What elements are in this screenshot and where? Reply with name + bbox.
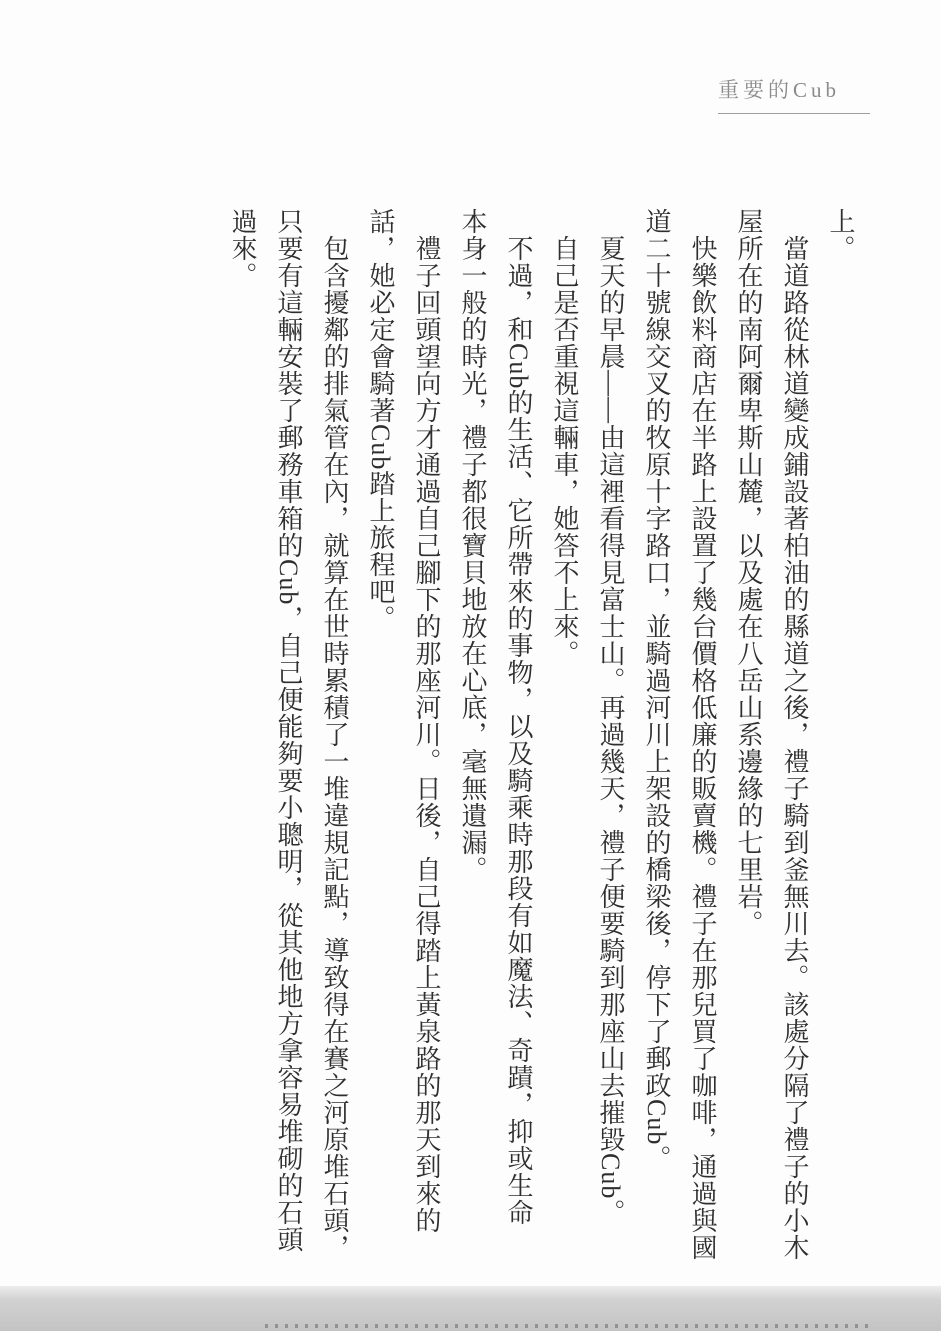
text-column-13: 只要有這輛安裝了郵務車箱的Cub，自己便能夠要小聰明，從其他地方拿容易堆砌的石頭: [265, 208, 311, 1270]
text-column-6: 夏天的早晨——由這裡看得見富士山。再過幾天，禮子便要騎到那座山去摧毀Cub。: [587, 208, 633, 1270]
text-column-7: 自己是否重視這輛車，她答不上來。: [541, 208, 587, 1270]
text-column-11: 話，她必定會騎著Cub踏上旅程吧。: [357, 208, 403, 1270]
text-column-5: 道二十號線交叉的牧原十字路口，並騎過河川上架設的橋梁後，停下了郵政Cub。: [633, 208, 679, 1270]
text-column-1: 上。: [817, 208, 863, 1270]
text-column-3: 屋所在的南阿爾卑斯山麓，以及處在八岳山系邊緣的七里岩。: [725, 208, 771, 1270]
chapter-header: 重要的Cub: [718, 74, 870, 114]
text-column-4: 快樂飲料商店在半路上設置了幾台價格低廉的販賣機。禮子在那兒買了咖啡，通過與國: [679, 208, 725, 1270]
text-column-10: 禮子回頭望向方才通過自己腳下的那座河川。日後，自己得踏上黃泉路的那天到來的: [403, 208, 449, 1270]
text-column-12: 包含擾鄰的排氣管在內，就算在世時累積了一堆違規記點，導致得在賽之河原堆石頭，: [311, 208, 357, 1270]
text-column-14: 過來。: [219, 208, 265, 1270]
text-column-2: 當道路從林道變成鋪設著柏油的縣道之後，禮子騎到釜無川去。該處分隔了禮子的小木: [771, 208, 817, 1270]
text-column-8: 不過，和Cub的生活、它所帶來的事物，以及騎乘時那段有如魔法、奇蹟，抑或生命: [495, 208, 541, 1270]
text-block: 上。 當道路從林道變成鋪設著柏油的縣道之後，禮子騎到釜無川去。該處分隔了禮子的小…: [219, 208, 863, 1270]
text-column-9: 本身一般的時光，禮子都很寶貝地放在心底，毫無遺漏。: [449, 208, 495, 1270]
page-bottom-edge: [0, 1286, 941, 1331]
cutoff-text-marks: [265, 1324, 869, 1328]
